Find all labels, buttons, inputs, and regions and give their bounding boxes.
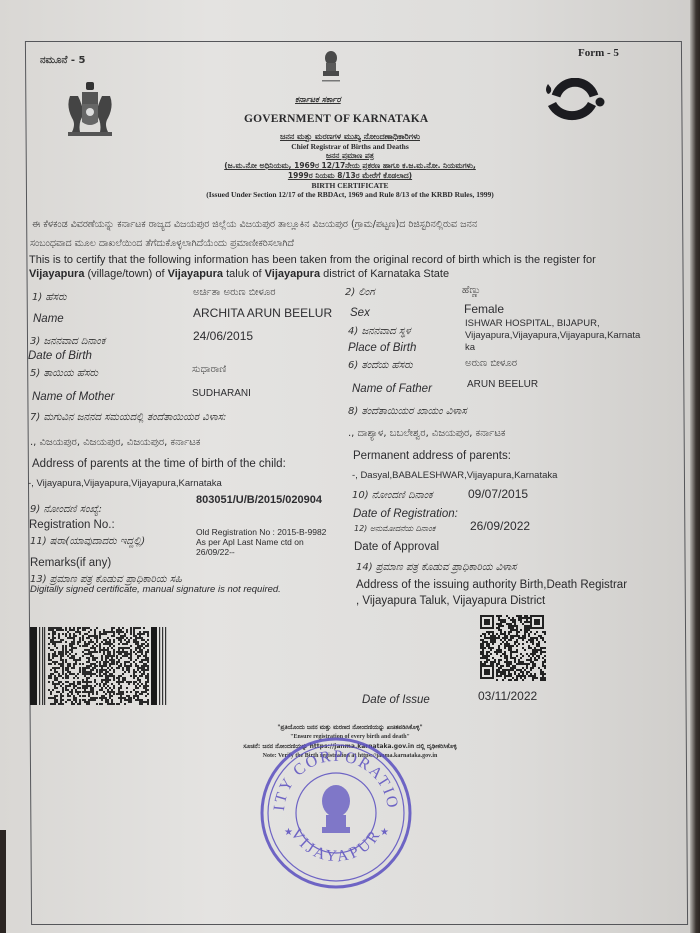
qr-code	[480, 615, 546, 681]
ashoka-emblem-icon	[318, 50, 344, 84]
father-value-en: ARUN BEELUR	[467, 379, 538, 390]
dob-label-en: Date of Birth	[28, 350, 92, 362]
village-name: Vijayapura	[29, 268, 84, 280]
mother-label-en: Name of Mother	[32, 391, 114, 403]
approval-value: 26/09/2022	[470, 519, 530, 533]
authority-line-2: , Vijayapura Taluk, Vijayapura District	[356, 595, 545, 607]
addr-perm-label-en: Permanent address of parents:	[353, 450, 511, 462]
addr-birth-label-en: Address of parents at the time of birth …	[32, 458, 286, 470]
mother-value-kn: ಸುಧಾರಾಣಿ	[192, 364, 226, 375]
name-value-kn: ಅರ್ಚಿತಾ ಅರುಣ ಬೀಳೂರ	[193, 287, 276, 298]
pob-value-2: Vijayapura,Vijayapura,Vijayapura,Karnata	[465, 330, 640, 341]
act-kn-2: 1999ರ ನಿಯಮ 8/13ರ ಮೇರೆಗೆ ಕೊಡಲಾದ)	[150, 171, 550, 181]
father-label-kn: 6) ತಂದೆಯ ಹೆಸರು	[348, 360, 413, 371]
intro-kn-1: ಈ ಕೆಳಕಂಡ ವಿವರಣೆಯನ್ನು ಕರ್ನಾಟಕ ರಾಜ್ಯದ ವಿಜಯ…	[32, 219, 477, 230]
form-number-kn: ನಮೂನೆ - 5	[40, 55, 85, 66]
regdate-value: 09/07/2015	[468, 487, 528, 501]
background-edge-left	[0, 830, 6, 933]
pob-value-1: ISHWAR HOSPITAL, BIJAPUR,	[465, 318, 600, 329]
issue-label: Date of Issue	[362, 694, 430, 706]
father-value-kn: ಅರುಣ ಬೀಳೂರ	[465, 358, 517, 369]
addr-birth-label-kn: 7) ಮಗುವಿನ ಜನನದ ಸಮಯದಲ್ಲಿ ತಂದೆತಾಯಿಯರ ವಿಳಾಸ…	[30, 412, 226, 423]
sign-note: Digitally signed certificate, manual sig…	[30, 584, 281, 595]
mother-value-en: SUDHARANI	[192, 388, 251, 399]
slogan-kn: "ಪ್ರತಿಯೊಂದು ಜನನ ಮತ್ತು ಮರಣದ ನೋಂದಣಿಯನ್ನು ಖ…	[180, 723, 520, 733]
egov-logo-icon	[544, 78, 606, 122]
remarks-line-1: Old Registration No : 2015-B-9982	[196, 527, 326, 537]
sex-label-kn: 2) ಲಿಂಗ	[345, 287, 375, 298]
act-en: (Issued Under Section 12/17 of the RBDAc…	[150, 190, 550, 200]
mother-label-kn: 5) ತಾಯಿಯ ಹೆಸರು	[30, 368, 98, 379]
svg-text:★: ★	[284, 827, 293, 838]
gov-title-en: GOVERNMENT OF KARNATAKA	[244, 113, 428, 125]
regno-value: 803051/U/B/2015/020904	[196, 494, 322, 506]
form-number-en: Form - 5	[578, 47, 619, 59]
sex-value-kn: ಹೆಣ್ಣು	[462, 285, 481, 296]
district-name: Vijayapura	[265, 268, 320, 280]
remarks-value: Old Registration No : 2015-B-9982 As per…	[196, 527, 326, 557]
regno-label-kn: 9) ನೋಂದಣಿ ಸಂಖ್ಯೆ:	[30, 504, 102, 515]
intro-en-1: This is to certify that the following in…	[29, 254, 596, 266]
name-label-en: Name	[33, 313, 64, 325]
regno-label-en: Registration No.:	[29, 519, 115, 531]
pob-label-kn: 4) ಜನನವಾದ ಸ್ಥಳ	[348, 326, 411, 337]
remarks-line-2: As per Apl Last Name ctd on	[196, 537, 326, 547]
pdf417-barcode	[30, 625, 170, 707]
gov-title-kn: ಕರ್ನಾಟಕ ಸರ್ಕಾರ	[295, 95, 341, 105]
act-kn-1: (ಜ.ಮ.ನೋ ಅಧಿನಿಯಮ, 1969ರ 12/17ನೇಯ ಪ್ರಕರಣ ಹ…	[150, 161, 550, 171]
intro-kn-2: ಸಂಬಂಧವಾದ ಮೂಲ ದಾಖಲೆಯಿಂದ ತೆಗೆದುಕೊಳ್ಳಲಾಗಿದೆ…	[30, 238, 294, 249]
regdate-label-en: Date of Registration:	[353, 508, 458, 520]
approval-label-kn: 12) ಅನುಮೋದನೆಯ ದಿನಾಂಕ	[354, 524, 435, 534]
remarks-label-en: Remarks(if any)	[30, 557, 111, 569]
pob-label-en: Place of Birth	[348, 342, 416, 354]
authority-line-1: Address of the issuing authority Birth,D…	[356, 579, 627, 591]
sex-label-en: Sex	[350, 307, 370, 319]
issue-value: 03/11/2022	[478, 689, 537, 703]
dob-label-kn: 3) ಜನನವಾದ ದಿನಾಂಕ	[30, 336, 105, 347]
registrar-en: Chief Registrar of Births and Deaths	[150, 142, 550, 151]
remarks-label-kn: 11) ಷರಾ(ಯಾವುದಾದರು ಇದ್ದಲ್ಲಿ)	[30, 536, 145, 547]
registrar-kn: ಜನನ ಮತ್ತು ಮರಣಗಳ ಮುಖ್ಯ ನೋಂದಣಾಧಿಕಾರಿಗಳು	[150, 132, 550, 142]
certificate-title-en: BIRTH CERTIFICATE	[150, 181, 550, 190]
intro-en-2: Vijayapura (village/town) of Vijayapura …	[29, 268, 449, 280]
sex-value-en: Female	[464, 302, 504, 316]
certificate-title-kn: ಜನನ ಪ್ರಮಾಣ ಪತ್ರ	[150, 151, 550, 161]
karnataka-emblem-icon	[60, 80, 120, 138]
approval-label-en: Date of Approval	[354, 541, 439, 553]
addr-perm-value-kn: ., ದಾಶ್ಯಾಳ, ಬಬಲೇಶ್ವರ, ವಿಜಯಪುರ, ಕರ್ನಾಟಕ	[348, 428, 505, 439]
name-label-kn: 1) ಹೆಸರು	[32, 292, 67, 303]
addr-perm-value-en: -, Dasyal,BABALESHWAR,Vijayapura,Karnata…	[352, 470, 557, 481]
taluk-name: Vijayapura	[168, 268, 223, 280]
addr-birth-value-en: -, Vijayapura,Vijayapura,Vijayapura,Karn…	[28, 478, 222, 489]
svg-text:★: ★	[380, 827, 389, 838]
name-value-en: ARCHITA ARUN BEELUR	[193, 306, 332, 320]
addr-birth-value-kn: ., ವಿಜಯಪುರ, ವಿಜಯಪುರ, ವಿಜಯಪುರ, ಕರ್ನಾಟಕ	[30, 437, 200, 448]
regdate-label-kn: 10) ನೋಂದಣಿ ದಿನಾಂಕ	[352, 490, 433, 501]
authority-label-kn: 14) ಪ್ರಮಾಣ ಪತ್ರ ಕೊಡುವ ಪ್ರಾಧಿಕಾರಿಯ ವಿಳಾಸ	[356, 562, 516, 573]
city-corporation-stamp: CITY CORPORATION VIJAYAPUR ★ ★	[258, 735, 414, 891]
pob-value-3: ka	[465, 342, 475, 353]
father-label-en: Name of Father	[352, 383, 432, 395]
remarks-line-3: 26/09/22--	[196, 547, 326, 557]
registrar-block: ಜನನ ಮತ್ತು ಮರಣಗಳ ಮುಖ್ಯ ನೋಂದಣಾಧಿಕಾರಿಗಳು Ch…	[150, 132, 550, 200]
background-edge	[690, 0, 700, 933]
addr-perm-label-kn: 8) ತಂದೆತಾಯಿಯರ ಖಾಯಂ ವಿಳಾಸ	[348, 406, 467, 417]
dob-value: 24/06/2015	[193, 329, 253, 343]
